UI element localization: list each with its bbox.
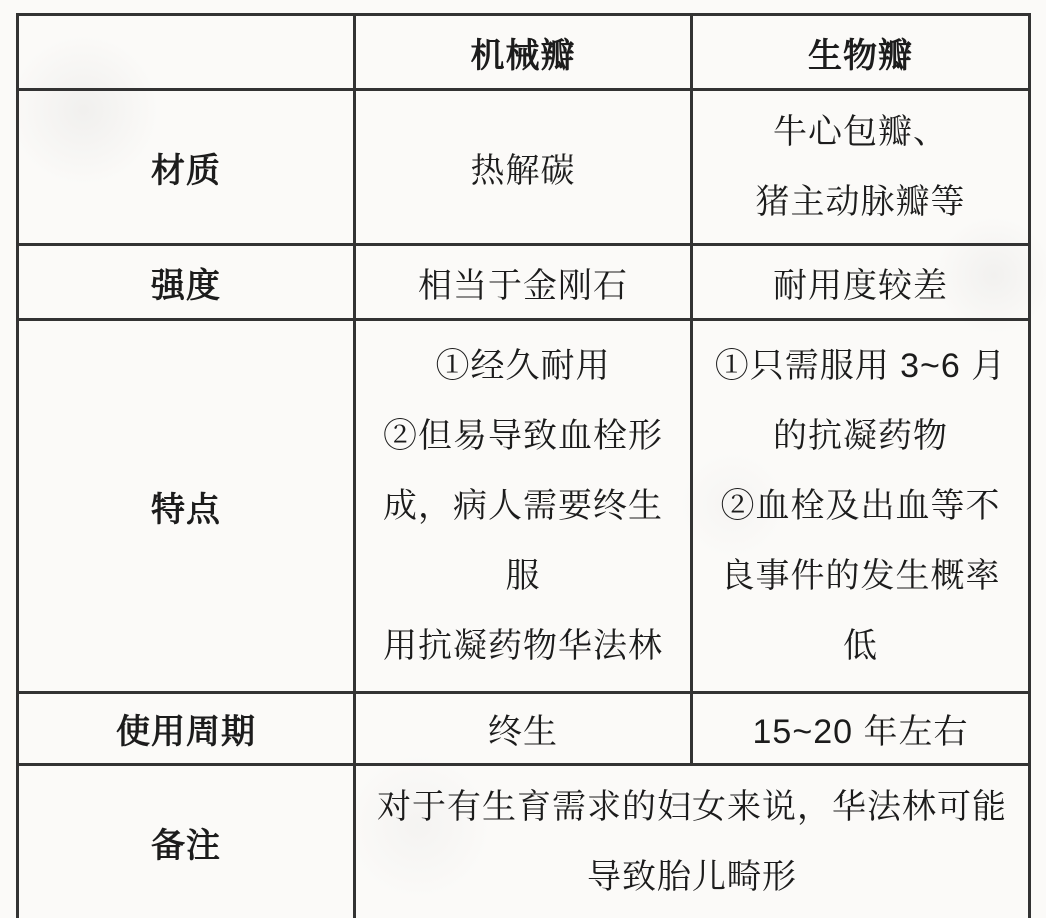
scanned-document-page: 机械瓣 生物瓣 材质 热解碳 牛心包瓣、 猪主动脉瓣等 强度 相当于金刚石 耐用… <box>0 0 1046 918</box>
row-label-features: 特点 <box>18 320 355 693</box>
cell-material-mechanical: 热解碳 <box>355 90 692 245</box>
table-row-remarks: 备注 对于有生育需求的妇女来说，华法林可能 导致胎儿畸形 <box>18 765 1030 918</box>
cell-features-mechanical: ①经久耐用 ②但易导致血栓形 成，病人需要终生服 用抗凝药物华法林 <box>355 320 692 693</box>
header-cell-mechanical-valve: 机械瓣 <box>355 15 692 90</box>
header-cell-biological-valve: 生物瓣 <box>692 15 1030 90</box>
cell-lifespan-biological: 15~20 年左右 <box>692 693 1030 765</box>
table-header-row: 机械瓣 生物瓣 <box>18 15 1030 90</box>
cell-strength-mechanical: 相当于金刚石 <box>355 245 692 320</box>
table-row-features: 特点 ①经久耐用 ②但易导致血栓形 成，病人需要终生服 用抗凝药物华法林 ①只需… <box>18 320 1030 693</box>
header-cell-empty <box>18 15 355 90</box>
cell-material-biological: 牛心包瓣、 猪主动脉瓣等 <box>692 90 1030 245</box>
row-label-lifespan: 使用周期 <box>18 693 355 765</box>
row-label-strength: 强度 <box>18 245 355 320</box>
cell-strength-biological: 耐用度较差 <box>692 245 1030 320</box>
comparison-table: 机械瓣 生物瓣 材质 热解碳 牛心包瓣、 猪主动脉瓣等 强度 相当于金刚石 耐用… <box>16 13 1031 918</box>
row-label-material: 材质 <box>18 90 355 245</box>
cell-lifespan-mechanical: 终生 <box>355 693 692 765</box>
cell-remarks-merged: 对于有生育需求的妇女来说，华法林可能 导致胎儿畸形 <box>355 765 1030 918</box>
table-row-lifespan: 使用周期 终生 15~20 年左右 <box>18 693 1030 765</box>
table-row-material: 材质 热解碳 牛心包瓣、 猪主动脉瓣等 <box>18 90 1030 245</box>
table-row-strength: 强度 相当于金刚石 耐用度较差 <box>18 245 1030 320</box>
row-label-remarks: 备注 <box>18 765 355 918</box>
cell-features-biological: ①只需服用 3~6 月 的抗凝药物 ②血栓及出血等不 良事件的发生概率 低 <box>692 320 1030 693</box>
